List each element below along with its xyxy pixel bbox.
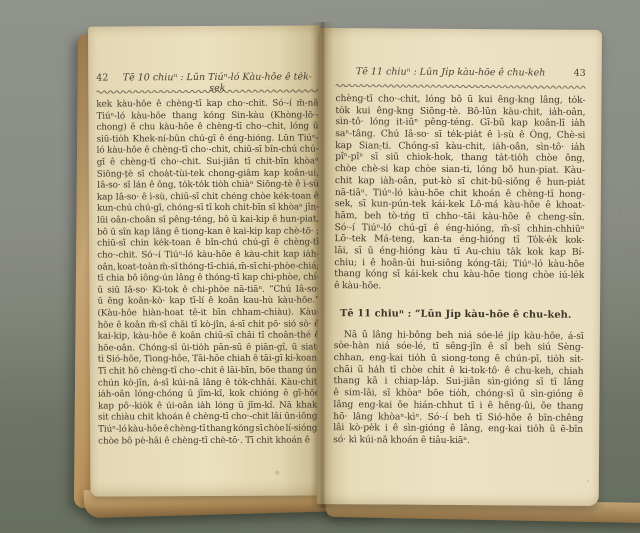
chapter-heading: Tē 11 chiuⁿ : “Lūn Ji̍p kàu-hōe ê chu-ke…: [340, 308, 584, 321]
left-running-header: 42 Tē 10 chiuⁿ : Lūn Tiúⁿ-ló Kàu-hōe ê t…: [96, 71, 318, 85]
right-page-paragraph-1: chèng-tīcho·-chit,lóngbôūkuiêng-knglâng,…: [334, 93, 585, 293]
open-book: 42 Tē 10 chiuⁿ : Lūn Tiúⁿ-ló Kàu-hōe ê t…: [74, 20, 604, 518]
right-page: Tē 11 chiuⁿ : Lūn Ji̍p kàu-hōe ê chu-keh…: [317, 28, 602, 506]
left-page-number: 42: [96, 73, 108, 84]
right-page-content: Tē 11 chiuⁿ : Lūn Ji̍p kàu-hōe ê chu-keh…: [333, 66, 586, 447]
left-page-content: 42 Tē 10 chiuⁿ : Lūn Tiúⁿ-ló Kàu-hōe ê t…: [96, 71, 320, 447]
right-page-number: 43: [574, 68, 586, 79]
right-page-paragraph-2: Nāūlânghi-bōngbehniásóe-léji̍pkàu-hōe,á-…: [333, 329, 584, 448]
wavy-divider: [336, 82, 586, 89]
right-running-title: Tē 11 chiuⁿ : Lūn Ji̍p kàu-hōe ê chu-keh: [336, 66, 566, 79]
left-page-text: kekkàu-hōeêchèng-tīkapcho·-chit.Só·-ím̄-…: [96, 98, 320, 447]
text-line: chòebôpè-hāiêchèng-tīchè-tō·.Tīchitkhoán…: [98, 435, 320, 448]
text-line: êkàu-hōe.: [334, 280, 584, 293]
left-page: 42 Tē 10 chiuⁿ : Lūn Tiúⁿ-ló Kàu-hōe ê t…: [88, 25, 322, 496]
photo-backdrop: 42 Tē 10 chiuⁿ : Lūn Tiúⁿ-ló Kàu-hōe ê t…: [0, 0, 640, 533]
text-line: só·kìkúi-nākhoánêtiâu-kiāⁿ.: [333, 434, 583, 447]
right-running-header: Tē 11 chiuⁿ : Lūn Ji̍p kàu-hōe ê chu-keh…: [336, 66, 586, 81]
